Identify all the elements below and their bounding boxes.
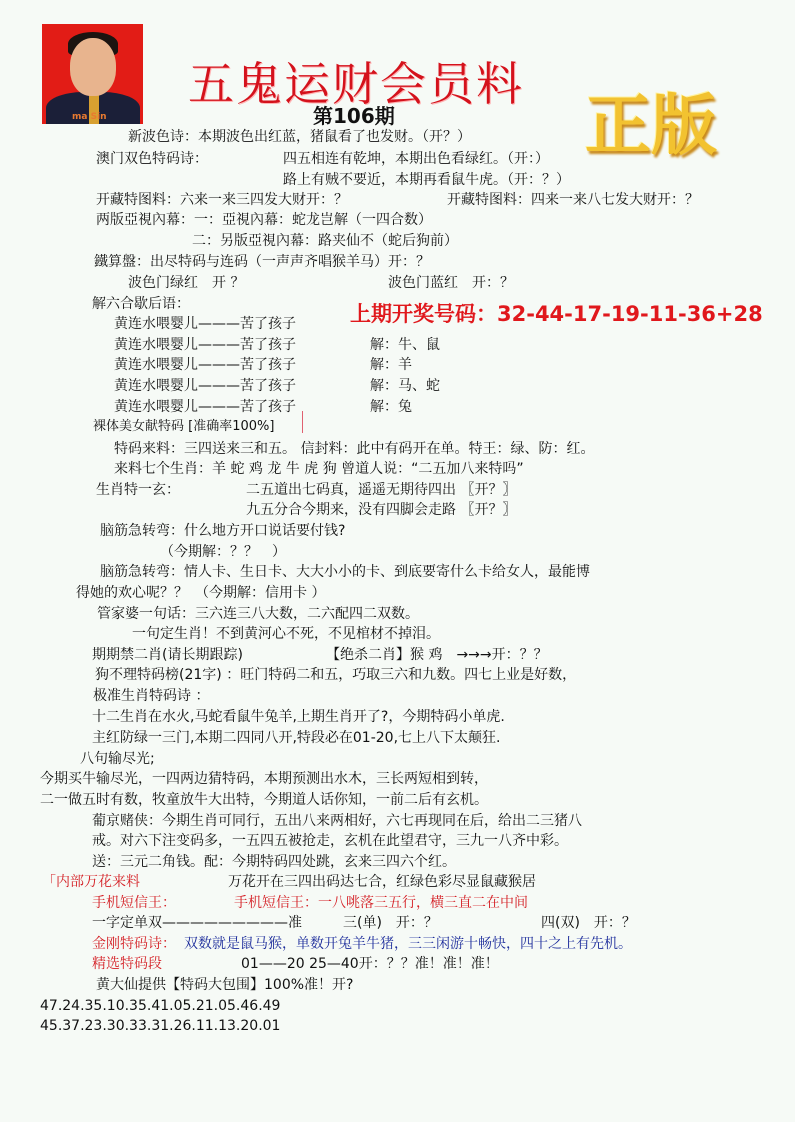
wong-tai-sin-heading: 黄大仙提供【特码大包围】100%准！开? (96, 976, 353, 994)
riddle-row: 黄连水喂婴儿———苦了孩子 (114, 356, 296, 374)
special-source: 特码来料：三四送来三和五。 信封料：此中有码开在单。特王：绿、防：红。 (114, 440, 594, 458)
iron-abacus: 鐵算盤：出尽特码与连码（一声声齐唱猴羊马）开：？ (94, 253, 430, 271)
brain-teaser-1-answer: （今期解：？？ ） (160, 543, 286, 561)
hidden-chart-1: 开藏特图料：六来一来三四发大财开：？ (96, 191, 348, 209)
lisboa-gambler-2: 戒。对六下注变码多，一五四五被抢走，玄机在此望君守，三九一八齐中彩。 (92, 832, 568, 850)
riddle-answer: 解：羊 (370, 356, 412, 374)
zodiac-mystery-2: 九五分合今期来，没有四脚会走路 〖开？〗 (246, 501, 516, 519)
riddle-row: 黄连水喂婴儿———苦了孩子 (114, 398, 296, 416)
riddle-answer: 解：兔 (370, 398, 412, 416)
previous-draw-numbers: 32-44-17-19-11-36+28 (497, 302, 763, 326)
previous-draw-label: 上期开奖号码： (350, 302, 497, 326)
selected-range-text: 01——20 25—40开：？？准！准！准！ (241, 955, 499, 973)
divider-mark (302, 411, 303, 433)
numbers-row-2: 45.37.23.30.33.31.26.11.13.20.01 (40, 1017, 280, 1035)
authentic-badge: 正版 (585, 72, 717, 167)
issue-number: 第106期 (313, 100, 395, 129)
zodiac-poem-1: 十二生肖在水火,马蛇看鼠牛兔羊,上期生肖开了?，今期特码小单虎. (92, 708, 505, 726)
lisboa-gambler-3: 送：三元二角钱。配：今期特码四处跳，玄来三四六个红。 (92, 853, 456, 871)
zodiac-poem-2: 主红防绿一三门,本期二四同八开,特段必在01-20,七上八下太颠狂. (92, 729, 500, 747)
hidden-chart-2: 开藏特图料：四来一来八七发大财开：？ (447, 191, 699, 209)
lisboa-gambler-1: 葡京赌侠：今期生肖可同行，五出八来两相好，六七再现同在后，给出二三猪八 (92, 812, 582, 830)
riddle-row: 黄连水喂婴儿———苦了孩子 (114, 377, 296, 395)
ban-two-zodiacs: 期期禁二肖(请长期跟踪) (92, 646, 243, 664)
wave-blue-red: 波色门蓝红 开：？ (388, 274, 514, 292)
insider-wanhua-label: 「内部万花来料 (42, 873, 140, 891)
eight-lines-heading: 八句输尽光; (80, 750, 155, 768)
previous-draw: 上期开奖号码：32-44-17-19-11-36+28 (350, 298, 763, 328)
atv-insider-1: 两版亞視內幕：一：亞視內幕：蛇龙岂解（一四合数） (96, 211, 432, 229)
photo-face (70, 38, 116, 96)
one-zodiac: 一句定生肖！不到黄河心不死，不见棺材不掉泪。 (132, 625, 440, 643)
riddle-row: 黄连水喂婴儿———苦了孩子 (114, 315, 296, 333)
nude-beauty-heading: 裸体美女献特码 [准确率100%] (93, 418, 274, 436)
eight-lines-2: 二一做五时有数，牧童放牛大出特，今期道人话你知，一前二后有玄机。 (40, 791, 488, 809)
riddle-heading: 解六合歇后语： (92, 295, 190, 313)
selected-range-label: 精选特码段 (92, 955, 162, 973)
seven-zodiacs: 来料七个生肖：羊 蛇 鸡 龙 牛 虎 狗 曾道人说：“二五加八来特吗” (114, 460, 524, 478)
even-pick: 四(双) 开：？ (541, 914, 636, 932)
avatar-photo: ma Sin (42, 24, 143, 124)
zodiac-poem-heading: 极准生肖特码诗 ： (93, 687, 209, 705)
atv-insider-2: 二：另版亞視內幕：路夹仙不（蛇后狗前） (192, 232, 458, 250)
goubuli-list: 狗不理特码榜(21字) ：旺门特码二和五，巧取三六和九数。四七上业是好数， (95, 666, 576, 684)
numbers-row-1: 47.24.35.10.35.41.05.21.05.46.49 (40, 997, 280, 1015)
odd-even-label: 一字定单双—————————准 (92, 914, 302, 932)
macau-poem-line1: 四五相连有乾坤，本期出色看绿红。（开：） (283, 150, 549, 168)
zodiac-mystery-1: 二五道出七码真，遥遥无期待四出 〖开？〗 (246, 481, 516, 499)
odd-pick: 三(单) 开：？ (343, 914, 438, 932)
wave-color-poem: 新波色诗：本期波色出红蓝，猪鼠看了也发财。（开？） (128, 128, 471, 146)
kill-two-zodiacs: 【绝杀二肖】猴 鸡 →→→开：？？ (326, 646, 548, 664)
macau-poem-label: 澳门双色特码诗： (96, 150, 208, 168)
brain-teaser-1: 脑筋急转弯：什么地方开口说话要付钱? (100, 522, 345, 540)
vajra-poem-label: 金刚特码诗： (92, 935, 176, 953)
riddle-row: 黄连水喂婴儿———苦了孩子 (114, 336, 296, 354)
macau-poem-line2: 路上有贼不要近，本期再看鼠牛虎。（开：？） (283, 171, 570, 189)
zodiac-mystery-label: 生肖特一玄： (96, 481, 180, 499)
riddle-answer: 解：马、蛇 (370, 377, 440, 395)
sms-king-label: 手机短信王： (92, 894, 176, 912)
riddle-answer: 解：牛、鼠 (370, 336, 440, 354)
sms-king-text: 手机短信王：一八咷落三五行，横三直二在中间 (234, 894, 528, 912)
eight-lines-1: 今期买牛输尽光，一四两边猜特码，本期预测出水木，三长两短相到转， (40, 770, 488, 788)
insider-wanhua-text: 万花开在三四出码达七合，红绿色彩尽显鼠藏猴居 (228, 873, 536, 891)
photo-logo: ma Sin (72, 112, 107, 122)
brain-teaser-2-answer: 得她的欢心呢？？ （今期解：信用卡 ） (76, 584, 325, 602)
housekeeper-saying: 管家婆一句话：三六连三八大数，二六配四二双数。 (97, 605, 419, 623)
wave-green-red: 波色门绿红 开 ？ (128, 274, 244, 292)
brain-teaser-2: 脑筋急转弯：情人卡、生日卡、大大小小的卡、到底要寄什么卡给女人，最能博 (100, 563, 590, 581)
vajra-poem-text: 双数就是鼠马猴，单数开兔羊牛猪，三三闲游十畅快，四十之上有先机。 (184, 935, 632, 953)
